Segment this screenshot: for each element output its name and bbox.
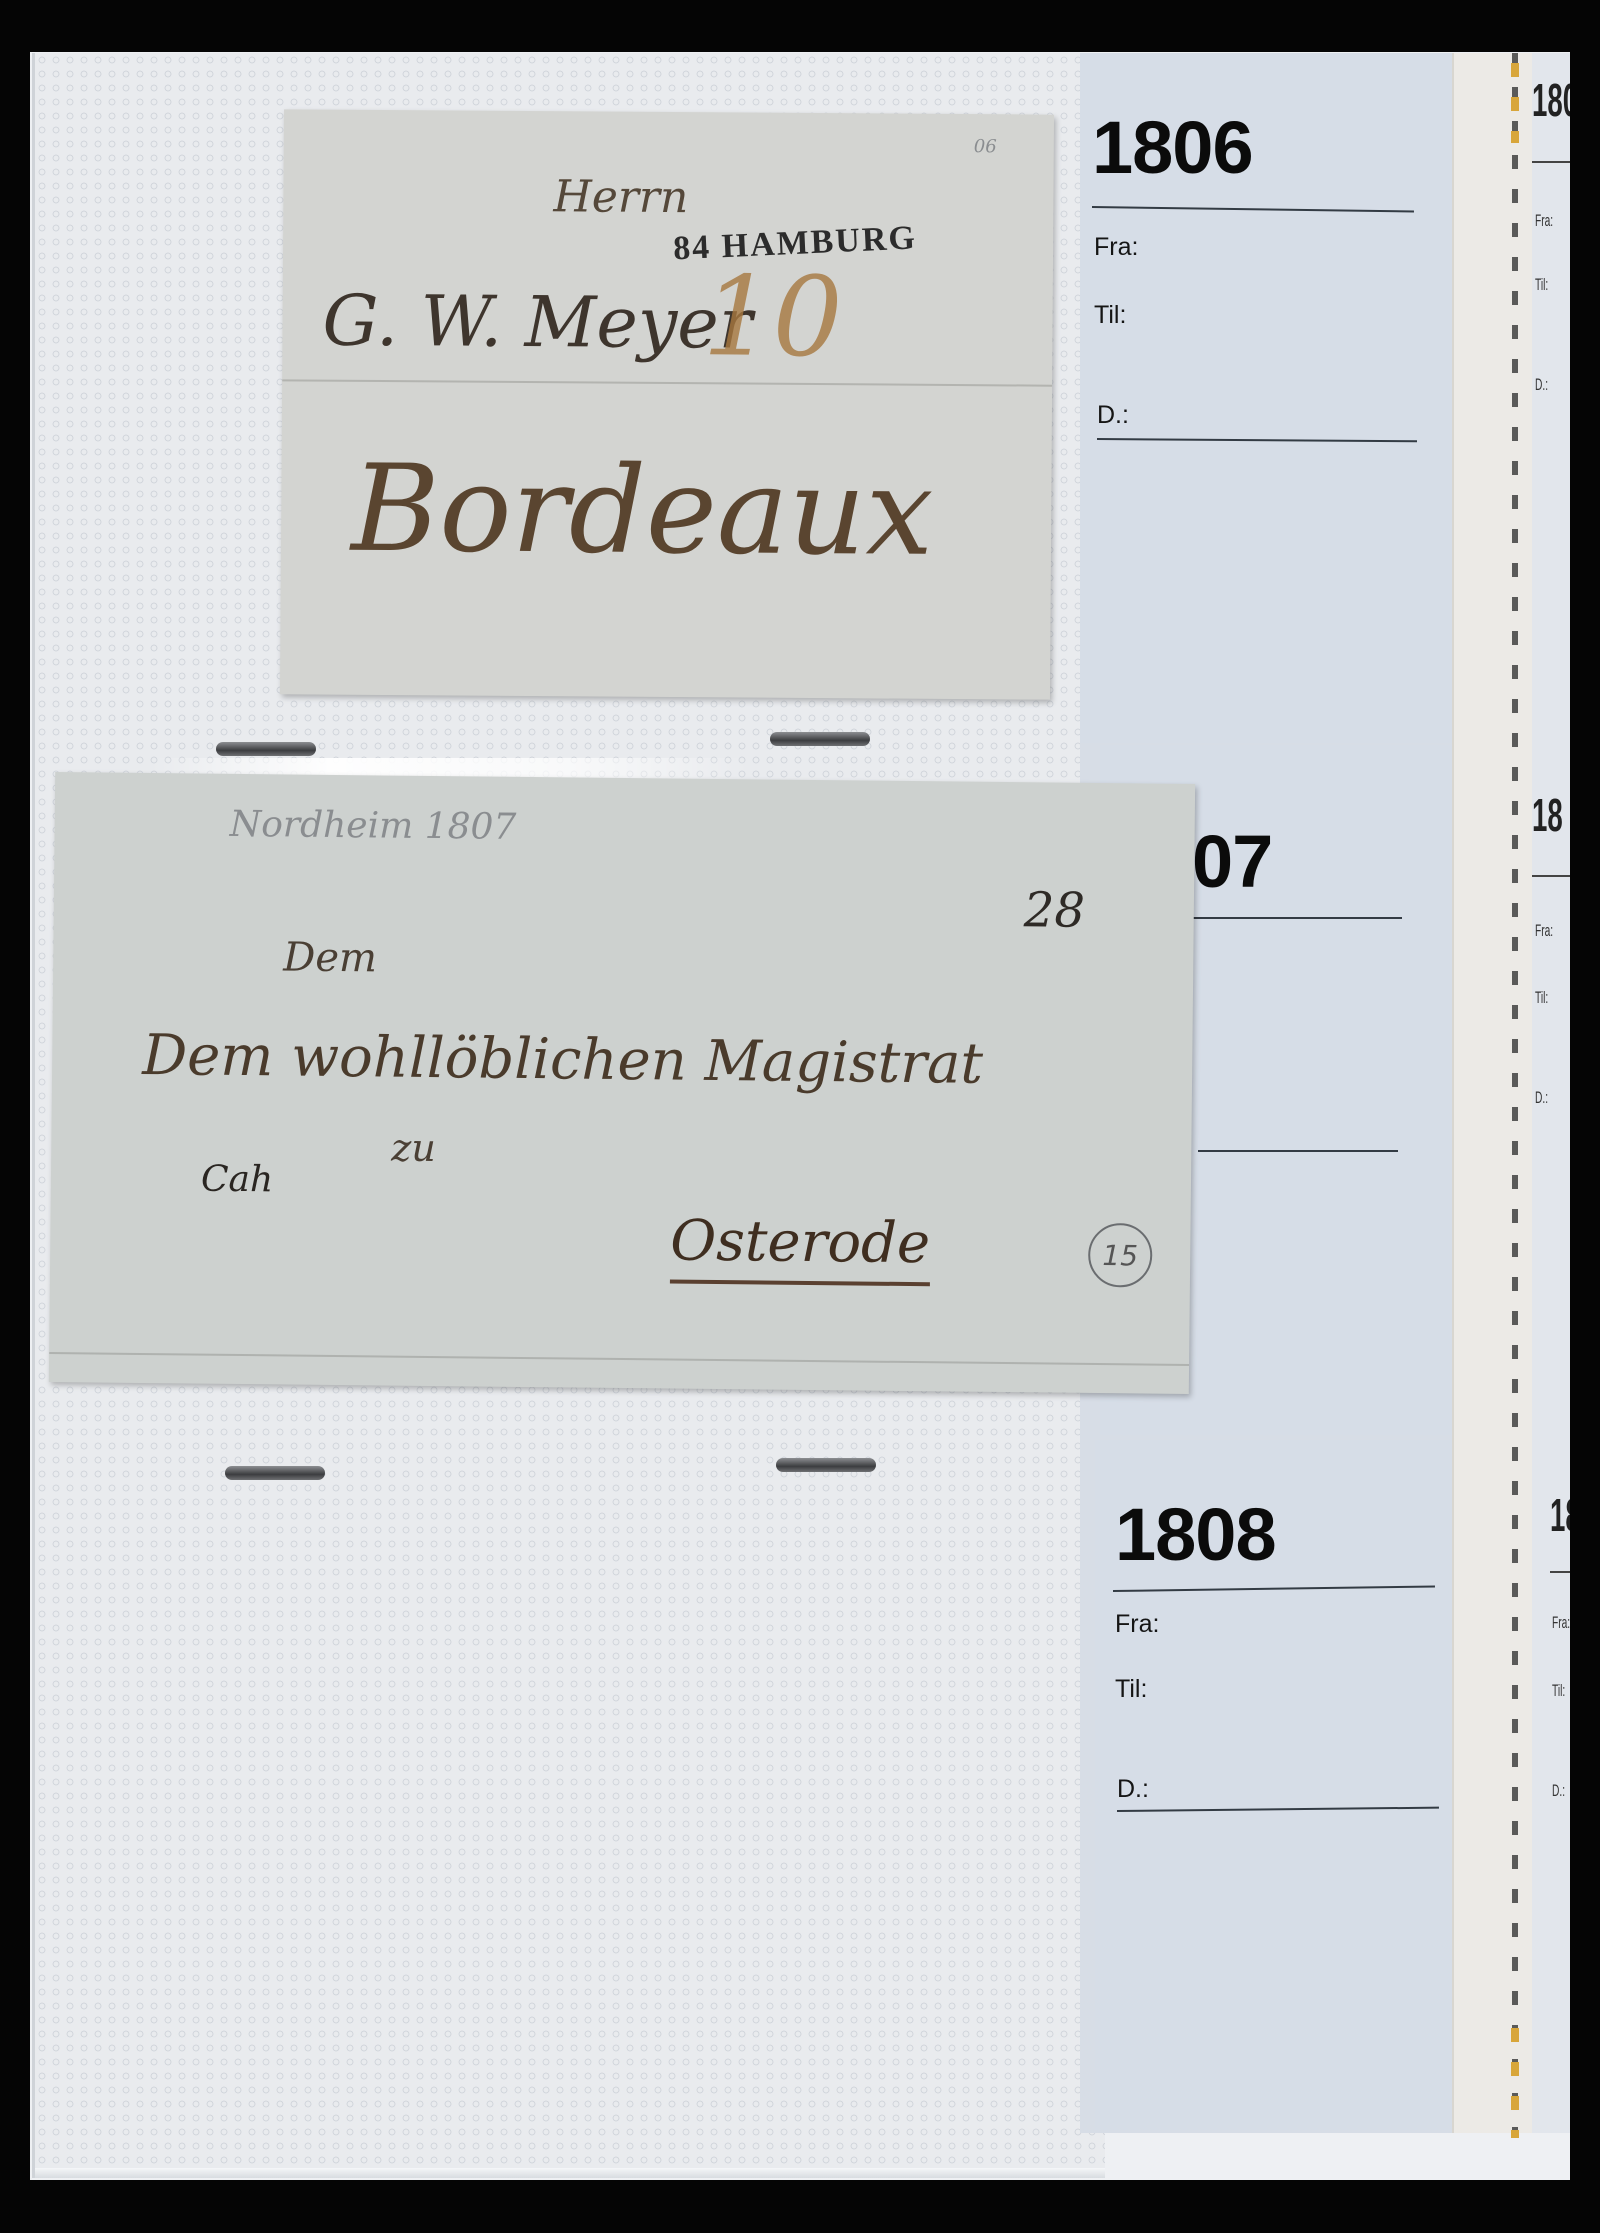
note-left: Cah [201, 1159, 274, 1201]
perforation-gold-bottom [1511, 2028, 1519, 2138]
peek-field: Fra: [1535, 211, 1553, 231]
label-field-date: D.: [1097, 401, 1129, 430]
label-year: 07 [1192, 825, 1272, 899]
peek-field: D.: [1535, 375, 1548, 395]
peek-field: Til: [1552, 1681, 1565, 1701]
peek-year: 18 [1550, 1488, 1570, 1542]
label-year: 1806 [1092, 111, 1253, 185]
circled-number-text: 15 [1102, 1239, 1138, 1272]
cover-addressee: G. W. Meyer [322, 280, 752, 365]
label-year: 1808 [1115, 1498, 1276, 1572]
cover-salutation: Herrn [553, 171, 688, 223]
cover-1807[interactable]: Nordheim 1807 28 Dem Dem wohllöblichen M… [49, 772, 1195, 1394]
peek-field: Til: [1535, 988, 1548, 1008]
cover-destination: Bordeaux [351, 440, 934, 583]
peek-year: 180 [1532, 73, 1570, 127]
cover-preposition: zu [391, 1126, 436, 1170]
label-card-1806: 1806 Fra: Til: D.: [1080, 53, 1461, 743]
label-rule [1198, 1150, 1398, 1152]
label-rule [1097, 438, 1417, 442]
peek-rule [1532, 875, 1570, 877]
label-card-1808: 1808 Fra: Til: D.: [1095, 1440, 1476, 2130]
peek-field: Fra: [1535, 921, 1553, 941]
mount-clip [770, 732, 870, 746]
label-rule [1092, 206, 1414, 212]
cover-salutation: Dem [283, 934, 377, 981]
mount-clip [776, 1458, 876, 1472]
label-field-to: Til: [1115, 1675, 1147, 1704]
label-field-from: Fra: [1115, 1610, 1159, 1639]
peek-field: Fra: [1552, 1613, 1570, 1633]
peek-field: D.: [1552, 1781, 1565, 1801]
fold-line [282, 379, 1052, 386]
peek-rule [1550, 1571, 1570, 1573]
cover-addressee: Dem wohllöblichen Magistrat [142, 1023, 983, 1097]
rate-mark-28: 28 [1024, 882, 1086, 939]
mount-clip [225, 1466, 325, 1480]
perforation-gold-top [1511, 63, 1519, 143]
peek-rule [1532, 161, 1570, 163]
cover-destination: Osterode [670, 1209, 931, 1287]
perforation [1512, 53, 1518, 2133]
label-field-date: D.: [1117, 1775, 1149, 1804]
cover-1806[interactable]: Herrn 84 HAMBURG G. W. Meyer 10 Bordeaux… [280, 109, 1054, 699]
peek-year: 18 [1532, 788, 1563, 842]
fold-line [49, 1352, 1189, 1366]
mount-clip [216, 742, 316, 756]
label-rule [1117, 1807, 1439, 1812]
rate-mark: 10 [702, 252, 843, 381]
pencil-note-nordheim: Nordheim 1807 [229, 804, 516, 848]
label-rule [1192, 917, 1402, 919]
label-rule [1113, 1586, 1435, 1592]
next-page-edge: 180 Fra: Til: D.: 18 Fra: Til: D.: 18 Fr… [1532, 53, 1570, 2133]
circled-number: 15 [1088, 1223, 1153, 1288]
corner-note: 06 [974, 136, 997, 157]
label-field-to: Til: [1094, 301, 1126, 330]
binder-strip [1452, 53, 1544, 2133]
label-field-from: Fra: [1094, 233, 1138, 262]
peek-field: D.: [1535, 1088, 1548, 1108]
peek-field: Til: [1535, 275, 1548, 295]
